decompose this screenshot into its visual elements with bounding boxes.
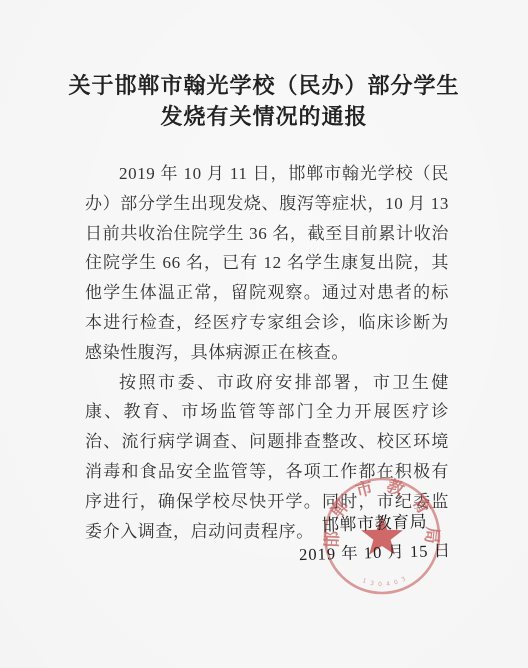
document-body: 2019 年 10 月 11 日，邯郸市翰光学校（民办）部分学生出现发烧、腹泻等… xyxy=(85,159,449,546)
paragraph-situation: 2019 年 10 月 11 日，邯郸市翰光学校（民办）部分学生出现发烧、腹泻等… xyxy=(85,159,449,368)
notice-document-page: 关于邯郸市翰光学校（民办）部分学生 发烧有关情况的通报 2019 年 10 月 … xyxy=(0,0,528,668)
document-title: 关于邯郸市翰光学校（民办）部分学生 发烧有关情况的通报 xyxy=(0,0,528,132)
title-line-2: 发烧有关情况的通报 xyxy=(0,101,528,132)
title-line-1: 关于邯郸市翰光学校（民办）部分学生 xyxy=(0,70,528,101)
paragraph-measures: 按照市委、市政府安排部署，市卫生健康、教育、市场监管等部门全力开展医疗诊治、流行… xyxy=(85,368,449,547)
